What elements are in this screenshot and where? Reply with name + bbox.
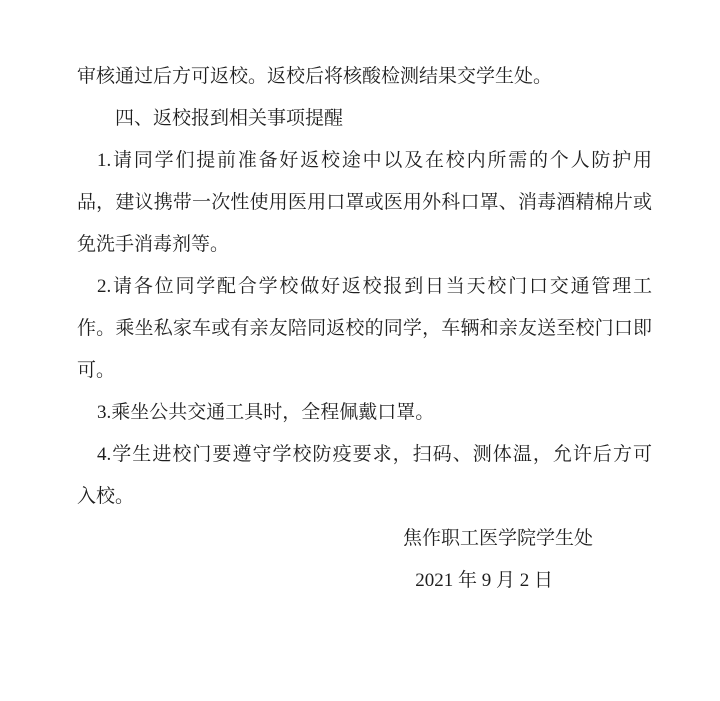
item4-line1: 4.学生进校门要遵守学校防疫要求，扫码、测体温，允许后方可 <box>77 434 652 476</box>
item1-line2: 品，建议携带一次性使用医用口罩或医用外科口罩、消毒酒精棉片或 <box>77 182 652 224</box>
item1-line3: 免洗手消毒剂等。 <box>77 224 652 266</box>
item1-line1: 1.请同学们提前准备好返校途中以及在校内所需的个人防护用 <box>77 140 652 182</box>
item2-line1: 2.请各位同学配合学校做好返校报到日当天校门口交通管理工 <box>77 266 652 308</box>
item2-line3: 可。 <box>77 350 652 392</box>
item4-line2: 入校。 <box>77 476 652 518</box>
signature: 焦作职工医学院学生处 <box>77 518 652 560</box>
item3-line: 3.乘坐公共交通工具时，全程佩戴口罩。 <box>77 392 652 434</box>
document-body: 审核通过后方可返校。返校后将核酸检测结果交学生处。 四、返校报到相关事项提醒 1… <box>77 56 652 602</box>
date-line: 2021 年 9 月 2 日 <box>77 560 652 602</box>
section-heading: 四、返校报到相关事项提醒 <box>77 98 652 140</box>
item2-line2: 作。乘坐私家车或有亲友陪同返校的同学，车辆和亲友送至校门口即 <box>77 308 652 350</box>
paragraph-continuation-line: 审核通过后方可返校。返校后将核酸检测结果交学生处。 <box>77 56 652 98</box>
